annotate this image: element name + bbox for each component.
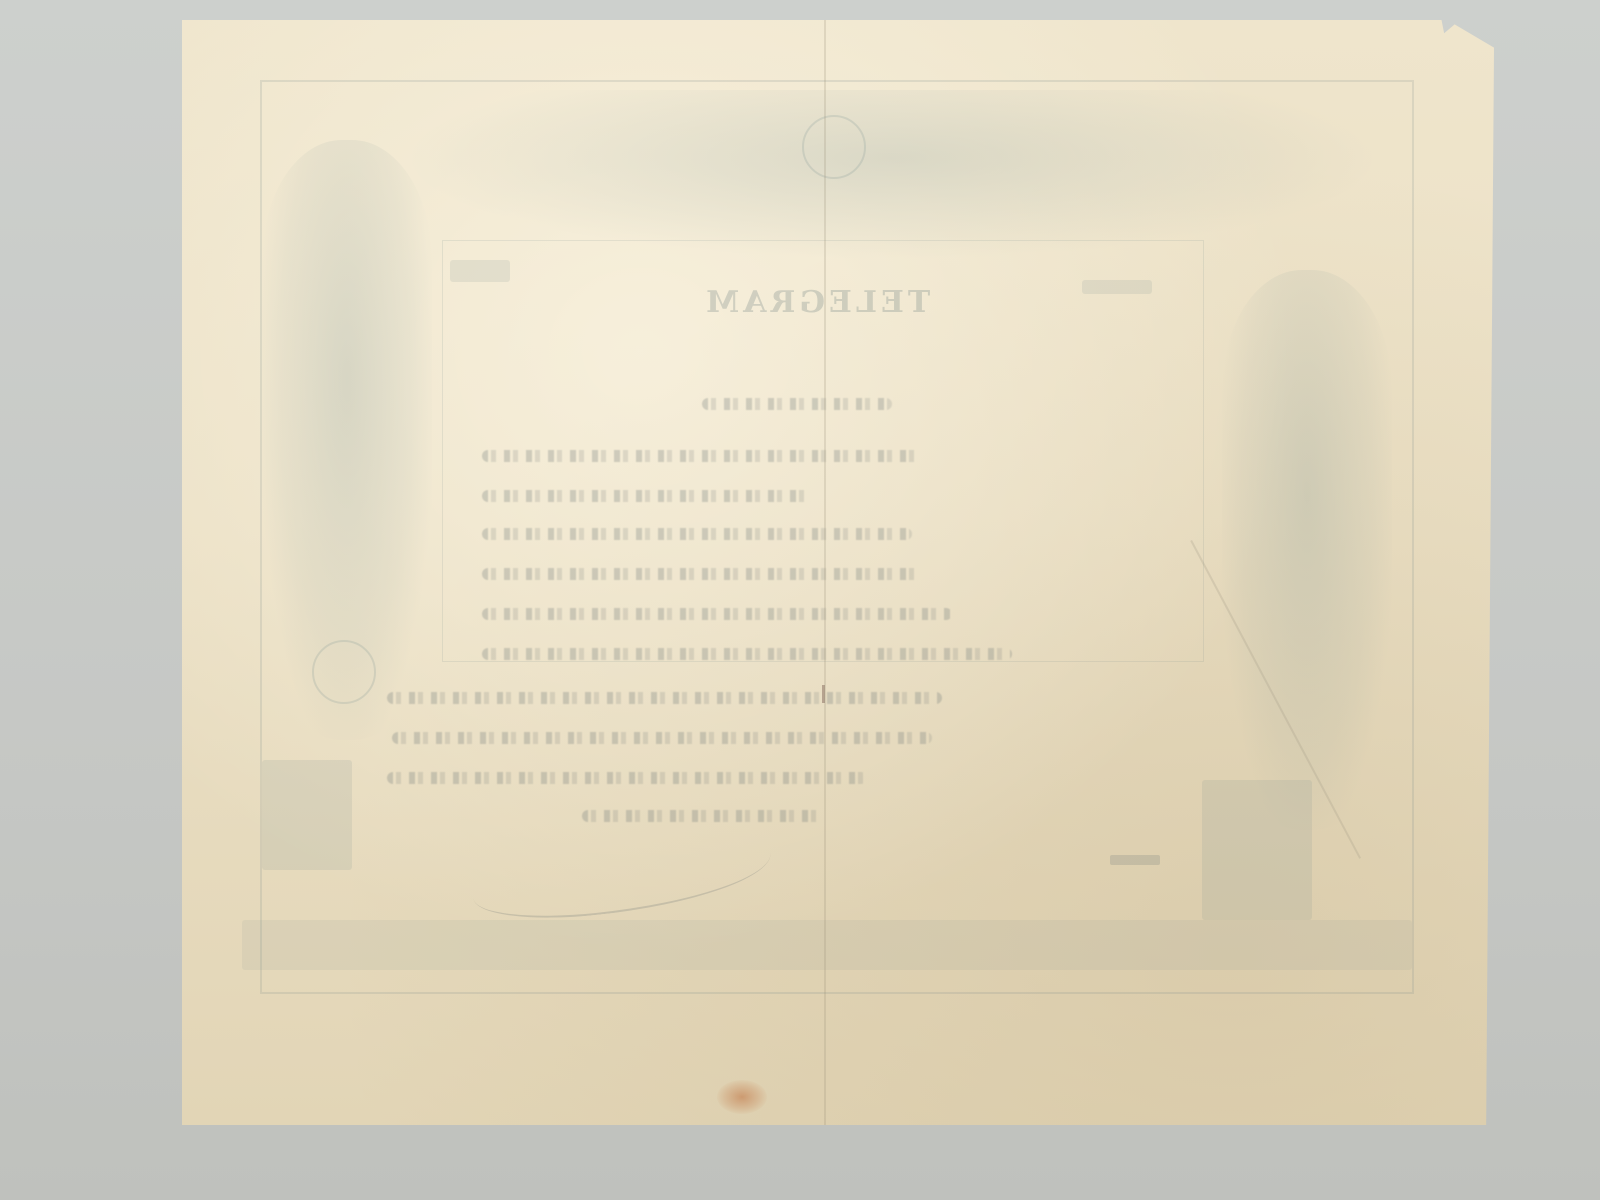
vertical-fold-crease (824, 20, 826, 1125)
printed-field-block (1082, 280, 1152, 294)
handwriting-line (387, 772, 867, 784)
bottom-ornament-band (242, 920, 1412, 970)
printed-notice-block (262, 760, 352, 870)
handwriting-line (482, 450, 922, 462)
handwriting-line (482, 608, 952, 620)
rust-stain (717, 1080, 767, 1114)
printed-stamp-mark (1110, 855, 1160, 865)
handwriting-line (482, 528, 912, 540)
side-medallion-icon (312, 640, 376, 704)
handwriting-line (392, 732, 932, 744)
mirrored-telegram-title: TELEGRAM (702, 285, 930, 320)
handwriting-line (482, 490, 812, 502)
photo-scene: TELEGRAM (0, 0, 1600, 1200)
handwriting-line (702, 398, 892, 410)
crest-medallion-icon (802, 115, 866, 179)
handwriting-line (482, 568, 922, 580)
printed-field-block (450, 260, 510, 282)
printed-notice-block (1202, 780, 1312, 920)
telegram-paper-back: TELEGRAM (182, 20, 1494, 1125)
handwriting-line (582, 810, 822, 822)
handwriting-line (482, 648, 1012, 660)
handwriting-line (387, 692, 942, 704)
right-decorative-panel (1222, 270, 1392, 830)
